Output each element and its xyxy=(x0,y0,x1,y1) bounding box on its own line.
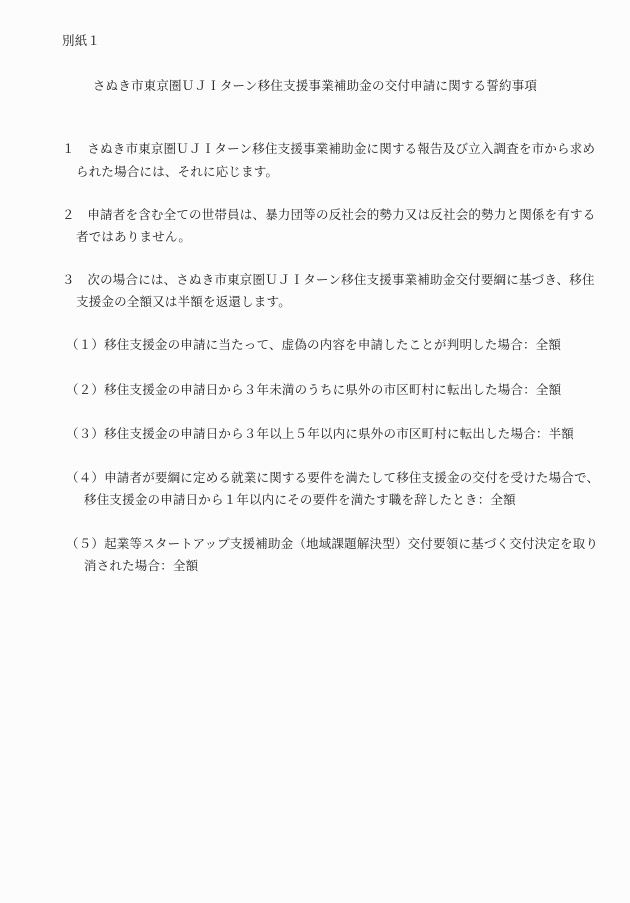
clause-1-line-1: １ さぬき市東京圏ＵＪＩターン移住支援事業補助金に関する報告及び立入調査を市から… xyxy=(62,142,595,157)
subclause-3-line-1: （３）移住支援金の申請日から３年以上５年以内に県外の市区町村に転出した場合：半額 xyxy=(66,427,574,442)
clause-2-line-2: 者ではありません。 xyxy=(76,230,191,245)
clause-2-line-1: ２ 申請者を含む全ての世帯員は、暴力団等の反社会的勢力又は反社会的勢力と関係を有… xyxy=(62,208,595,223)
document-page: 別紙１ さぬき市東京圏ＵＪＩターン移住支援事業補助金の交付申請に関する誓約事項 … xyxy=(0,0,630,903)
subclause-1-line-1: （１）移住支援金の申請に当たって、虚偽の内容を申請したことが判明した場合：全額 xyxy=(66,338,561,353)
subclause-5-line-2: 消された場合：全額 xyxy=(84,559,198,574)
subclause-5-line-1: （５）起業等スタートアップ支援補助金（地域課題解決型）交付要領に基づく交付決定を… xyxy=(66,537,598,552)
subclause-2-line-1: （２）移住支援金の申請日から３年未満のうちに県外の市区町村に転出した場合：全額 xyxy=(66,383,561,398)
document-title: さぬき市東京圏ＵＪＩターン移住支援事業補助金の交付申請に関する誓約事項 xyxy=(0,79,630,94)
clause-1-line-2: られた場合には、それに応じます。 xyxy=(76,165,278,180)
subclause-4-line-1: （４）申請者が要綱に定める就業に関する要件を満たして移住支援金の交付を受けた場合… xyxy=(66,471,599,486)
subclause-4-line-2: 移住支援金の申請日から１年以内にその要件を満たす職を辞したとき：全額 xyxy=(84,493,516,508)
clause-3-line-2: 支援金の全額又は半額を返還します。 xyxy=(76,295,291,310)
clause-3-line-1: ３ 次の場合には、さぬき市東京圏ＵＪＩターン移住支援事業補助金交付要綱に基づき、… xyxy=(62,273,595,288)
attachment-label: 別紙１ xyxy=(62,34,100,49)
